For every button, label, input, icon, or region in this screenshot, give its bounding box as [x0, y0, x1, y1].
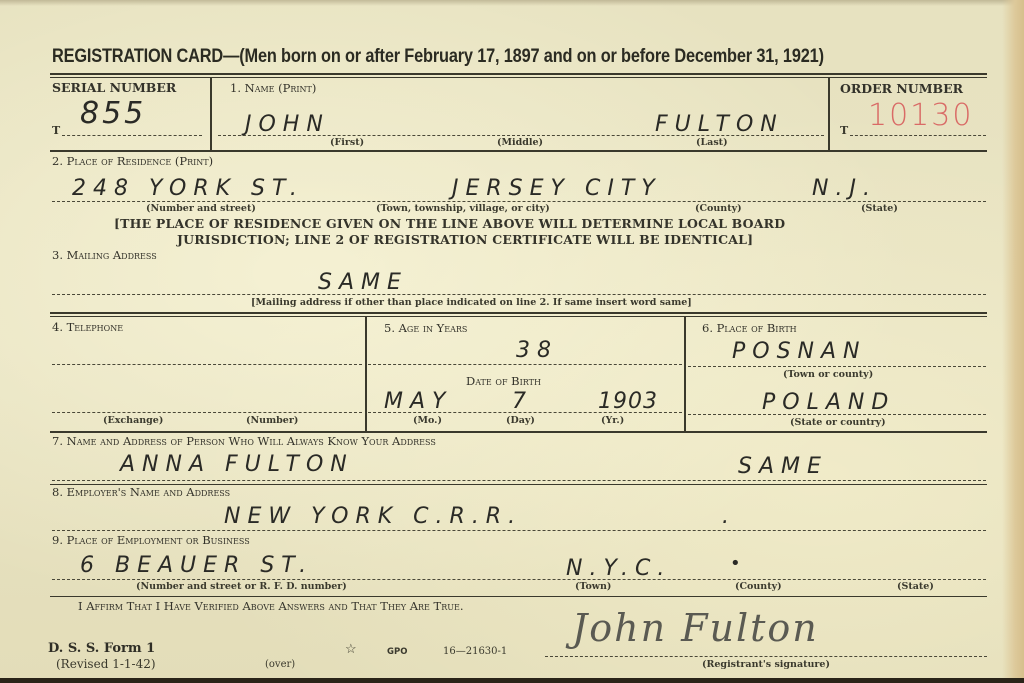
year-sublabel: (Yr.) — [601, 415, 624, 426]
employment-town-value: N.Y.C. — [566, 556, 671, 581]
employer-value: NEW YORK C.R.R. — [224, 504, 522, 529]
dob-year-value: 1903 — [598, 389, 658, 414]
day-sublabel: (Day) — [506, 415, 535, 426]
town-sublabel: (Town, township, village, or city) — [376, 203, 550, 214]
employer-line — [52, 530, 986, 531]
contact-address-value: SAME — [738, 454, 828, 479]
card-top-edge — [0, 0, 1024, 6]
mailing-value: SAME — [318, 270, 408, 295]
divider — [50, 73, 987, 75]
serial-number-label: SERIAL NUMBER — [52, 80, 176, 95]
employment-town-sublabel: (Town) — [575, 581, 611, 592]
divider — [210, 78, 212, 150]
employer-trailing-mark: . — [722, 504, 736, 529]
dob-line — [368, 412, 682, 413]
birthplace-label: 6. Place of Birth — [702, 321, 797, 335]
order-number-label: ORDER NUMBER — [840, 81, 963, 96]
order-prefix: T — [840, 124, 848, 137]
month-sublabel: (Mo.) — [413, 415, 442, 426]
first-sublabel: (First) — [330, 137, 364, 148]
residence-line — [52, 201, 986, 202]
registrant-signature: John Fulton — [572, 606, 819, 650]
mailing-label: 3. Mailing Address — [52, 248, 157, 262]
card-title: REGISTRATION CARD—(Men born on or after … — [52, 46, 824, 68]
last-sublabel: (Last) — [696, 137, 728, 148]
serial-number-value: 855 — [80, 96, 146, 131]
divider — [50, 150, 987, 152]
star-icon: ☆ — [345, 642, 357, 657]
county-sublabel: (County) — [695, 203, 742, 214]
order-line — [850, 135, 986, 136]
contact-name-value: ANNA FULTON — [120, 452, 354, 477]
age-line — [368, 364, 682, 365]
divider — [50, 596, 987, 597]
order-number-value: 10130 — [868, 98, 973, 133]
exchange-sublabel: (Exchange) — [103, 415, 163, 426]
jurisdiction-note-2: JURISDICTION; LINE 2 OF REGISTRATION CER… — [177, 232, 753, 247]
residence-label: 2. Place of Residence (Print) — [52, 154, 213, 168]
residence-town-value: JERSEY CITY — [452, 176, 662, 201]
birth-town-sublabel: (Town or county) — [783, 369, 873, 380]
number-sublabel: (Number) — [246, 415, 298, 426]
birth-country-value: POLAND — [762, 390, 895, 415]
card-bottom-edge — [0, 678, 1024, 683]
residence-street-value: 248 YORK ST. — [72, 176, 304, 201]
middle-sublabel: (Middle) — [497, 137, 543, 148]
print-code: 16—21630-1 — [443, 646, 507, 657]
state-sublabel: (State) — [861, 203, 898, 214]
serial-line — [62, 135, 202, 136]
signature-sublabel: (Registrant's signature) — [702, 659, 830, 670]
divider — [50, 312, 987, 314]
dob-month-value: MAY — [384, 389, 452, 414]
name-label: 1. Name (Print) — [230, 81, 316, 95]
birth-country-line — [688, 414, 986, 415]
divider — [828, 78, 830, 150]
employer-label: 8. Employer's Name and Address — [52, 485, 230, 499]
affirmation-text: I Affirm That I Have Verified Above Answ… — [78, 599, 463, 613]
signature-line — [545, 656, 987, 657]
last-name-value: FULTON — [655, 112, 784, 137]
form-revised: (Revised 1-1-42) — [56, 657, 156, 671]
employment-county-mark: • — [730, 553, 748, 574]
contact-label: 7. Name and Address of Person Who Will A… — [52, 434, 436, 448]
divider — [50, 77, 987, 78]
employment-street-value: 6 BEAUER ST. — [80, 553, 313, 578]
employment-place-label: 9. Place of Employment or Business — [52, 533, 250, 547]
employment-county-sublabel: (County) — [735, 581, 782, 592]
age-value: 38 — [516, 338, 558, 363]
birth-town-value: POSNAN — [732, 339, 867, 364]
contact-line — [52, 480, 986, 481]
card-right-edge — [1002, 0, 1024, 683]
form-number: D. S. S. Form 1 — [48, 641, 155, 656]
first-name-value: JOHN — [245, 112, 330, 137]
divider — [365, 317, 367, 431]
divider — [50, 316, 987, 317]
mailing-line — [52, 294, 986, 295]
birth-country-sublabel: (State or country) — [790, 417, 886, 428]
mailing-note: [Mailing address if other than place ind… — [251, 297, 692, 308]
divider — [684, 317, 686, 431]
dob-day-value: 7 — [512, 389, 533, 414]
employment-state-sublabel: (State) — [897, 581, 934, 592]
telephone-line-1 — [52, 364, 362, 365]
jurisdiction-note-1: [THE PLACE OF RESIDENCE GIVEN ON THE LIN… — [114, 216, 785, 231]
street-sublabel: (Number and street) — [146, 203, 256, 214]
employment-street-sublabel: (Number and street or R. F. D. number) — [136, 581, 347, 592]
telephone-line-2 — [52, 412, 362, 413]
age-label: 5. Age in Years — [384, 321, 467, 335]
dob-label: Date of Birth — [466, 374, 541, 388]
divider — [50, 431, 987, 433]
gpo-text: GPO — [387, 647, 407, 657]
over-text: (over) — [265, 659, 295, 670]
registration-card: REGISTRATION CARD—(Men born on or after … — [0, 0, 1024, 683]
serial-prefix: T — [52, 124, 60, 137]
employment-line — [52, 579, 986, 580]
birth-town-line — [688, 366, 986, 367]
telephone-label: 4. Telephone — [52, 320, 123, 334]
residence-state-value: N.J. — [812, 176, 877, 201]
